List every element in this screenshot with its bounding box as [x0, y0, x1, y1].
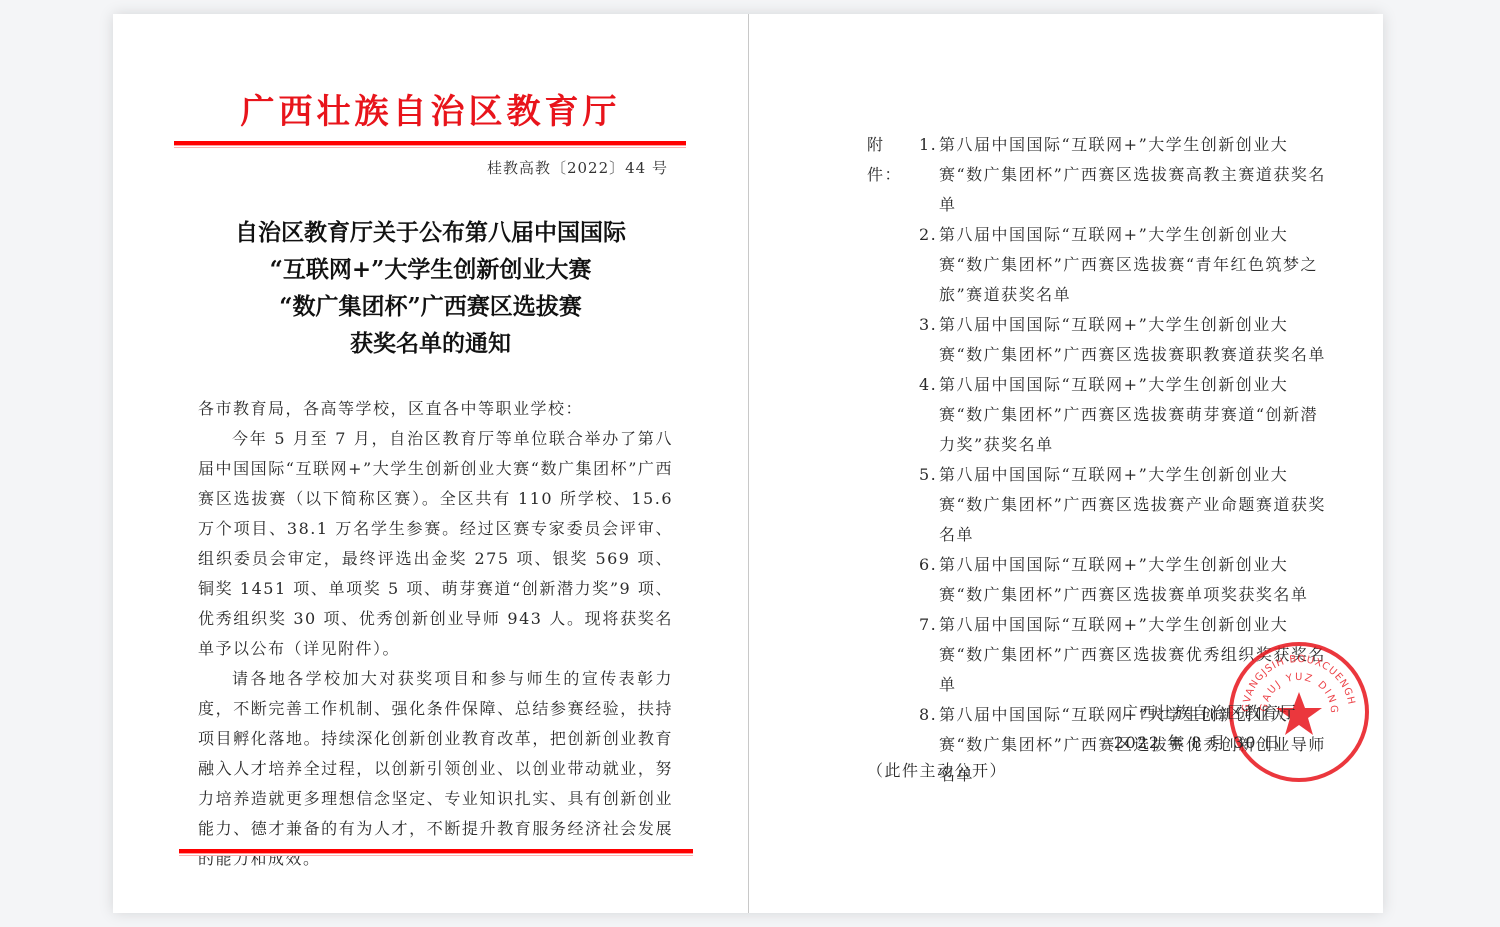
attachment-item: 3. 第八届中国国际“互联网+”大学生创新创业大赛“数广集团杯”广西赛区选拔赛职… [867, 310, 1327, 370]
attachment-number: 5. [919, 460, 939, 550]
signature-block: 广西壮族自治区教育厅 2022 年 8 月 30 日 [1087, 698, 1297, 758]
attachment-number: 3. [919, 310, 939, 370]
title-line: 自治区教育厅关于公布第八届中国国际 [113, 214, 748, 251]
attachments-label: 附件： [867, 130, 919, 220]
salutation: 各市教育局，各高等学校，区直各中等职业学校： [198, 394, 673, 424]
attachment-number: 2. [919, 220, 939, 310]
attachment-number: 6. [919, 550, 939, 610]
footer-red-rule [179, 849, 693, 854]
attachment-item: 6. 第八届中国国际“互联网+”大学生创新创业大赛“数广集团杯”广西赛区选拔赛单… [867, 550, 1327, 610]
body-paragraph: 请各地各学校加大对获奖项目和参与师生的宣传表彰力度，不断完善工作机制、强化条件保… [198, 664, 673, 874]
issue-date: 2022 年 8 月 30 日 [1087, 728, 1297, 758]
attachment-number: 4. [919, 370, 939, 460]
attachment-text: 第八届中国国际“互联网+”大学生创新创业大赛“数广集团杯”广西赛区选拔赛萌芽赛道… [939, 370, 1327, 460]
document-body: 各市教育局，各高等学校，区直各中等职业学校： 今年 5 月至 7 月，自治区教育… [198, 394, 673, 874]
body-paragraph: 今年 5 月至 7 月，自治区教育厅等单位联合举办了第八届中国国际“互联网+”大… [198, 424, 673, 664]
attachment-text: 第八届中国国际“互联网+”大学生创新创业大赛“数广集团杯”广西赛区选拔赛产业命题… [939, 460, 1327, 550]
title-line: 获奖名单的通知 [113, 325, 748, 362]
page-right: 附件： 1. 第八届中国国际“互联网+”大学生创新创业大赛“数广集团杯”广西赛区… [749, 14, 1383, 913]
attachment-item: 4. 第八届中国国际“互联网+”大学生创新创业大赛“数广集团杯”广西赛区选拔赛萌… [867, 370, 1327, 460]
masthead-red-rule [174, 141, 686, 146]
title-line: “互联网+”大学生创新创业大赛 [113, 251, 748, 288]
attachment-text: 第八届中国国际“互联网+”大学生创新创业大赛“数广集团杯”广西赛区选拔赛单项奖获… [939, 550, 1327, 610]
public-disclosure-note: （此件主动公开） [867, 758, 1007, 781]
document-title: 自治区教育厅关于公布第八届中国国际 “互联网+”大学生创新创业大赛 “数广集团杯… [113, 214, 748, 362]
title-line: “数广集团杯”广西赛区选拔赛 [113, 288, 748, 325]
attachment-number: 7. [919, 610, 939, 700]
attachment-item: 附件： 1. 第八届中国国际“互联网+”大学生创新创业大赛“数广集团杯”广西赛区… [867, 130, 1327, 220]
attachment-item: 2. 第八届中国国际“互联网+”大学生创新创业大赛“数广集团杯”广西赛区选拔赛“… [867, 220, 1327, 310]
masthead-title: 广西壮族自治区教育厅 [113, 90, 748, 134]
document-number: 桂教高教〔2022〕44 号 [487, 157, 668, 178]
attachment-number: 1. [919, 130, 939, 220]
attachment-item: 5. 第八届中国国际“互联网+”大学生创新创业大赛“数广集团杯”广西赛区选拔赛产… [867, 460, 1327, 550]
issuer-name: 广西壮族自治区教育厅 [1087, 698, 1297, 728]
page-left: 广西壮族自治区教育厅 桂教高教〔2022〕44 号 自治区教育厅关于公布第八届中… [113, 14, 748, 913]
attachment-text: 第八届中国国际“互联网+”大学生创新创业大赛“数广集团杯”广西赛区选拔赛“青年红… [939, 220, 1327, 310]
attachment-text: 第八届中国国际“互联网+”大学生创新创业大赛“数广集团杯”广西赛区选拔赛高教主赛… [939, 130, 1327, 220]
attachment-text: 第八届中国国际“互联网+”大学生创新创业大赛“数广集团杯”广西赛区选拔赛职教赛道… [939, 310, 1327, 370]
document-spread: 广西壮族自治区教育厅 桂教高教〔2022〕44 号 自治区教育厅关于公布第八届中… [113, 14, 1383, 913]
